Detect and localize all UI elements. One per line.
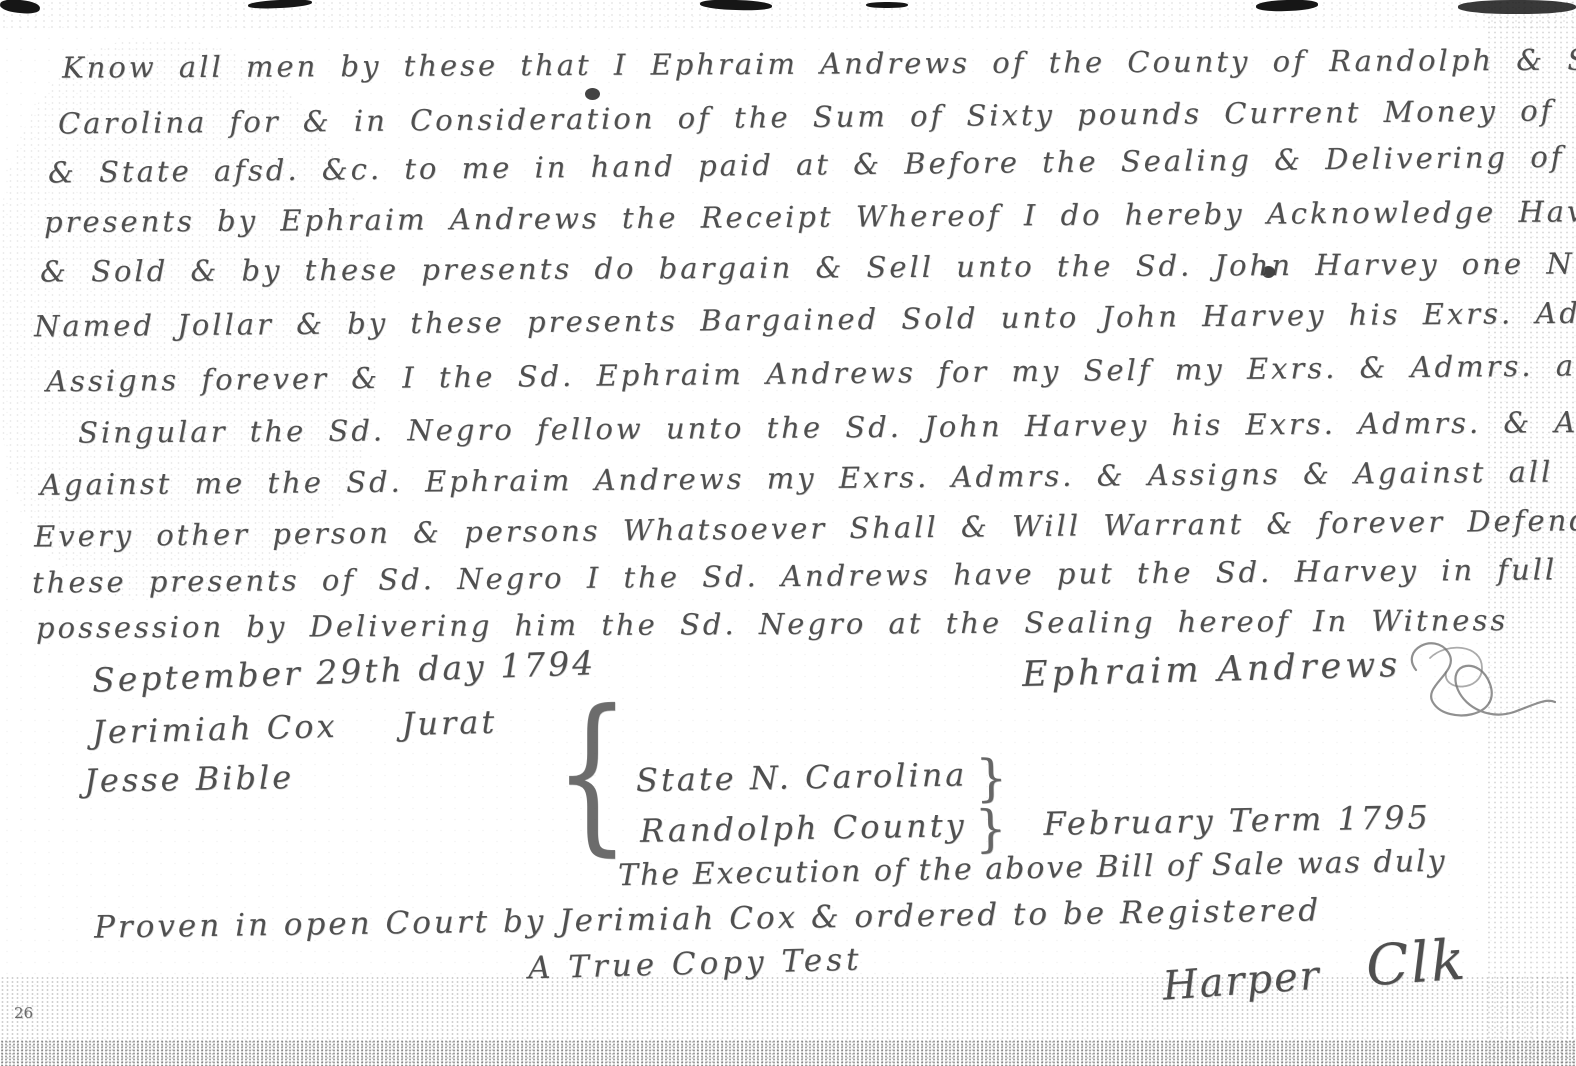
deed-line: Know all men by these that I Ephraim And… [62,41,1576,84]
county-caption: Randolph County [640,806,967,850]
ink-blot [585,88,600,100]
scan-artifact [248,0,312,10]
deed-line: Assigns forever & I the Sd. Ephraim Andr… [46,348,1576,399]
scan-artifact [1458,0,1576,14]
deed-line: possession by Delivering him the Sd. Neg… [36,603,1508,645]
deed-line: presents by Ephraim Andrews the Receipt … [44,193,1576,239]
top-edge-speckle [0,0,1576,30]
clerk-signature: Harper [1161,953,1322,1010]
witness-line: Jerimiah CoxJurat [92,703,498,752]
deed-line: & Sold & by these presents do bargain & … [40,245,1576,288]
document-page: Know all men by these that I Ephraim And… [0,0,1576,1066]
scan-artifact [0,0,41,15]
scan-artifact [1256,0,1318,12]
seal-scribble-icon [1386,628,1556,738]
clerk-signature-line: HarperClk [1160,927,1469,1013]
page-number: 26 [14,1004,33,1022]
deed-line: Named Jollar & by these presents Bargain… [34,295,1576,344]
attestation-line: Proven in open Court by Jerimiah Cox & o… [94,892,1322,945]
court-term: February Term 1795 [1043,798,1431,843]
deed-line: Against me the Sd. Ephraim Andrews my Ex… [40,454,1576,502]
deed-line: these presents of Sd. Negro I the Sd. An… [32,552,1558,599]
witness-name: Jerimiah Cox [92,707,338,751]
scan-artifact [866,2,908,8]
scan-artifact [700,0,772,11]
jurat-note: Jurat [401,703,498,743]
deed-line: & State afsd. &c. to me in hand paid at … [48,138,1576,189]
deed-line: Singular the Sd. Negro fellow unto the S… [78,404,1576,449]
true-copy-line: A True Copy Test [528,942,863,987]
grantor-signature: Ephraim Andrews [1022,645,1402,695]
date-line: September 29th day 1794 [91,643,596,700]
state-caption: State N. Carolina [636,755,968,799]
brace-glyph: } [974,799,1010,858]
brace-flourish: { [554,688,630,858]
witness-name: Jesse Bible [84,758,295,800]
deed-line: Every other person & persons Whatsoever … [34,503,1576,554]
deed-line: Carolina for & in Consideration of the S… [58,91,1576,140]
bottom-edge-band [0,1040,1576,1066]
clerk-title: Clk [1364,927,1469,999]
